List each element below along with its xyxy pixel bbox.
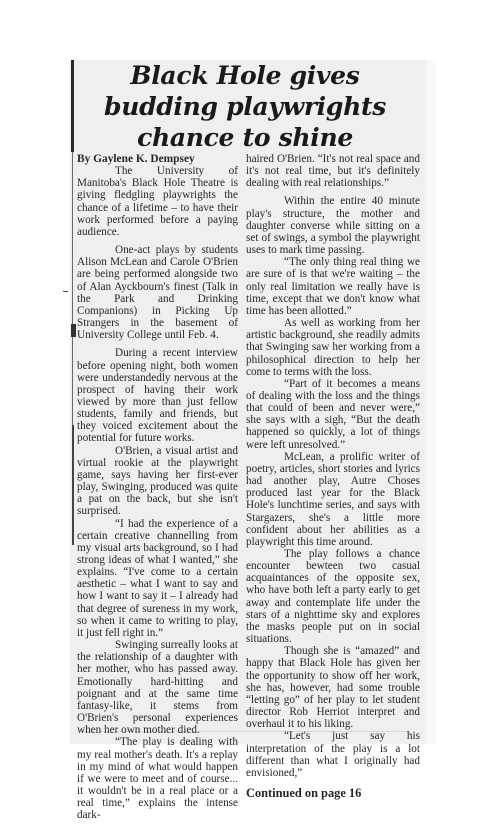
paragraph: “Part of it becomes a means of dealing w… bbox=[246, 378, 420, 451]
paragraph: McLean, a prolific writer of poetry, art… bbox=[246, 451, 420, 548]
left-column-rule bbox=[71, 60, 74, 152]
paragraph: One-act plays by students Alison McLean … bbox=[77, 244, 238, 341]
left-column-rule-lower bbox=[72, 425, 74, 545]
paragraph: The University of Manitoba's Black Hole … bbox=[77, 165, 238, 238]
headline: Black Hole gives budding playwrights cha… bbox=[80, 60, 410, 153]
left-column: By Gaylene K. Dempsey The University of … bbox=[77, 153, 238, 821]
paragraph: During a recent interview before opening… bbox=[77, 347, 238, 444]
paragraph: Swinging surreally looks at the relation… bbox=[77, 639, 238, 736]
scan-dash bbox=[63, 291, 68, 292]
headline-line-2: budding playwrights bbox=[80, 91, 410, 122]
continued-on-page-link: Continued on page 16 bbox=[246, 787, 420, 799]
paragraph: “Let's just say his interpretation of th… bbox=[246, 730, 420, 779]
scan-mark bbox=[71, 324, 76, 337]
paragraph: haired O'Brien. “It's not real space and… bbox=[246, 153, 420, 189]
paragraph: Within the entire 40 minute play's struc… bbox=[246, 195, 420, 256]
paragraph: Though she is “amazed” and happy that Bl… bbox=[246, 645, 420, 730]
paragraph: “The play is dealing with my real mother… bbox=[77, 736, 238, 821]
left-column-rule-thin bbox=[72, 152, 73, 452]
byline: By Gaylene K. Dempsey bbox=[77, 153, 238, 165]
paragraph: The play follows a chance encounter bewt… bbox=[246, 548, 420, 645]
headline-line-3: chance to shine bbox=[80, 122, 410, 153]
paragraph: As well as working from her artistic bac… bbox=[246, 317, 420, 378]
right-column: haired O'Brien. “It's not real space and… bbox=[246, 153, 420, 799]
paragraph: “I had the experience of a certain creat… bbox=[77, 518, 238, 640]
paragraph: “The only thing real thing we are sure o… bbox=[246, 256, 420, 317]
paragraph: O'Brien, a visual artist and virtual roo… bbox=[77, 445, 238, 518]
headline-line-1: Black Hole gives bbox=[80, 60, 410, 91]
paper-edge bbox=[426, 60, 436, 744]
